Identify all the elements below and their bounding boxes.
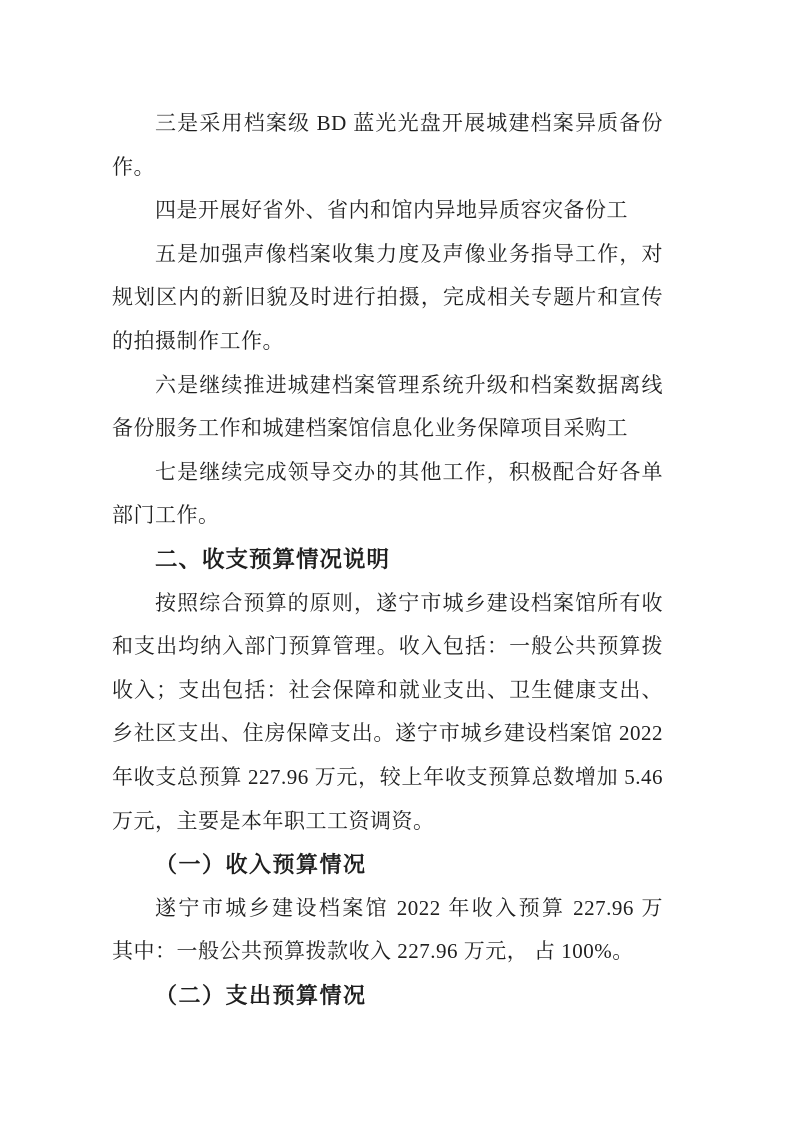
- section-heading-2: 二、收支预算情况说明: [112, 538, 663, 582]
- text-line: 乡社区支出、住房保障支出。遂宁市城乡建设档案馆 2022: [112, 712, 663, 756]
- text-line: 五是加强声像档案收集力度及声像业务指导工作，对市: [112, 233, 663, 277]
- text-line: 万元，主要是本年职工工资调资。: [112, 800, 663, 844]
- text-line: 作。: [112, 146, 663, 190]
- text-line: 七是继续完成领导交办的其他工作，积极配合好各单位、: [112, 451, 663, 495]
- document-content: 三是采用档案级 BD 蓝光光盘开展城建档案异质备份工作。四是开展好省外、省内和馆…: [112, 102, 663, 1017]
- text-line: 规划区内的新旧貌及时进行拍摄，完成相关专题片和宣传片: [112, 276, 663, 320]
- text-line: 年收支总预算 227.96 万元，较上年收支预算总数增加 5.46: [112, 756, 663, 800]
- text-line: 的拍摄制作工作。: [112, 320, 663, 364]
- paragraph-budget-overview: 按照综合预算的原则，遂宁市城乡建设档案馆所有收入和支出均纳入部门预算管理。收入包…: [112, 582, 663, 844]
- text-line: 四是开展好省外、省内和馆内异地异质容灾备份工作。: [112, 189, 663, 233]
- paragraph-item-5: 五是加强声像档案收集力度及声像业务指导工作，对市规划区内的新旧貌及时进行拍摄，完…: [112, 233, 663, 364]
- text-line: （二）支出预算情况: [112, 974, 663, 1018]
- paragraph-item-4: 四是开展好省外、省内和馆内异地异质容灾备份工作。: [112, 189, 663, 233]
- text-line: 部门工作。: [112, 494, 663, 538]
- text-line: 遂宁市城乡建设档案馆 2022 年收入预算 227.96 万元，: [112, 887, 663, 931]
- text-line: 备份服务工作和城建档案馆信息化业务保障项目采购工作。: [112, 407, 663, 451]
- paragraph-item-3: 三是采用档案级 BD 蓝光光盘开展城建档案异质备份工作。: [112, 102, 663, 189]
- text-line: 二、收支预算情况说明: [112, 538, 663, 582]
- text-line: 其中：一般公共预算拨款收入 227.96 万元， 占 100%。: [112, 930, 663, 974]
- text-line: 三是采用档案级 BD 蓝光光盘开展城建档案异质备份工: [112, 102, 663, 146]
- text-line: （一）收入预算情况: [112, 843, 663, 887]
- text-line: 按照综合预算的原则，遂宁市城乡建设档案馆所有收入: [112, 582, 663, 626]
- subsection-heading-income: （一）收入预算情况: [112, 843, 663, 887]
- text-line: 收入；支出包括：社会保障和就业支出、卫生健康支出、城: [112, 669, 663, 713]
- document-page: 三是采用档案级 BD 蓝光光盘开展城建档案异质备份工作。四是开展好省外、省内和馆…: [0, 0, 793, 1122]
- paragraph-item-6: 六是继续推进城建档案管理系统升级和档案数据离线备份服务工作和城建档案馆信息化业务…: [112, 364, 663, 451]
- text-line: 六是继续推进城建档案管理系统升级和档案数据离线: [112, 364, 663, 408]
- subsection-heading-expenditure: （二）支出预算情况: [112, 974, 663, 1018]
- paragraph-item-7: 七是继续完成领导交办的其他工作，积极配合好各单位、部门工作。: [112, 451, 663, 538]
- paragraph-income-detail: 遂宁市城乡建设档案馆 2022 年收入预算 227.96 万元，其中：一般公共预…: [112, 887, 663, 974]
- text-line: 和支出均纳入部门预算管理。收入包括：一般公共预算拨款: [112, 625, 663, 669]
